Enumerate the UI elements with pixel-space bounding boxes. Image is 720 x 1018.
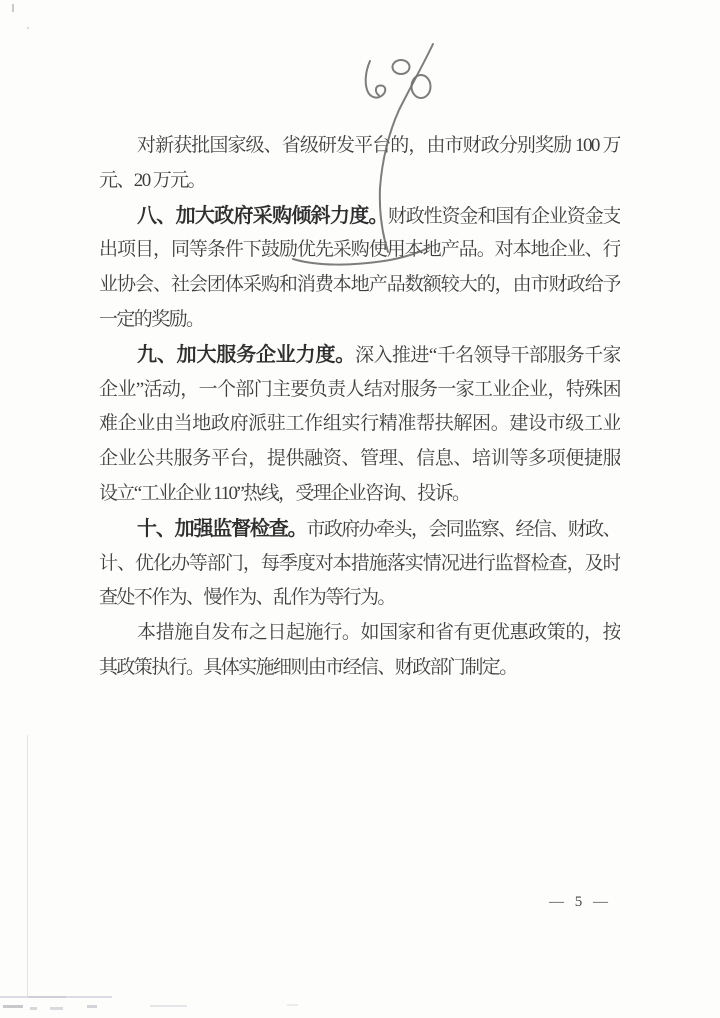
text-line: 对新获批国家级、省级研发平台的，由市财政分别奖励 100 万 (99, 129, 620, 164)
line-text: 难企业由当地政府派驻工作组实行精准帮扶解困。建设市级工业 (99, 413, 620, 434)
text-line: 难企业由当地政府派驻工作组实行精准帮扶解困。建设市级工业 (99, 407, 620, 442)
scan-speck (27, 27, 29, 29)
line-text: 计、优化办等部门，每季度对本措施落实情况进行监督检查，及时 (99, 553, 620, 574)
line-text: 深入推进“千名领导干部服务千家 (355, 345, 620, 366)
line-text: 其政策执行。具体实施细则由市经信、财政部门制定。 (99, 657, 517, 678)
text-line: 查处不作为、慢作为、乱作为等行为。 (99, 581, 620, 616)
line-text: 企业公共服务平台，提供融资、管理、信息、培训等多项便捷服务； (99, 448, 620, 477)
line-text: 设立“工业企业 110”热线，受理企业咨询、投诉。 (99, 483, 469, 504)
text-line: 九、加大服务企业力度。深入推进“千名领导干部服务千家 (99, 338, 620, 373)
document-body: 对新获批国家级、省级研发平台的，由市财政分别奖励 100 万 元、20 万元。 … (99, 129, 620, 686)
text-line: 企业公共服务平台，提供融资、管理、信息、培训等多项便捷服务； (99, 442, 620, 477)
scan-smudge (3, 1005, 23, 1008)
text-line: 企业”活动，一个部门主要负责人结对服务一家工业企业，特殊困 (99, 373, 620, 408)
page-number: — 5 — (549, 894, 639, 911)
text-line: 其政策执行。具体实施细则由市经信、财政部门制定。 (99, 651, 620, 686)
line-text: 业协会、社会团体采购和消费本地产品数额较大的，由市财政给予 (99, 274, 620, 295)
scan-smudge (30, 1007, 37, 1010)
handwritten-digit-6 (366, 61, 386, 98)
text-line: 一定的奖励。 (99, 303, 620, 338)
scan-edge-line-horizontal (28, 996, 66, 998)
scanned-document-page: 对新获批国家级、省级研发平台的，由市财政分别奖励 100 万 元、20 万元。 … (0, 0, 720, 1018)
text-line: 设立“工业企业 110”热线，受理企业咨询、投诉。 (99, 477, 620, 512)
scan-smudge (287, 1004, 298, 1006)
scan-speck (12, 4, 14, 12)
line-text: 一定的奖励。 (99, 309, 203, 330)
scan-smudge (50, 1007, 63, 1010)
section-heading: 八、加大政府采购倾斜力度。 (137, 205, 388, 227)
handwritten-percent-circle (412, 75, 431, 98)
line-text: 查处不作为、慢作为、乱作为等行为。 (99, 587, 395, 608)
handwritten-digit-0 (393, 60, 410, 74)
line-text: 出项目，同等条件下鼓励优先采购使用本地产品。对本地企业、行 (99, 239, 620, 260)
section-heading: 九、加大服务企业力度。 (137, 344, 355, 366)
text-line: 十、加强监督检查。市政府办牵头，会同监察、经信、财政、审 (99, 512, 620, 547)
scan-smudge (150, 1005, 187, 1007)
section-heading: 十、加强监督检查。 (137, 518, 306, 540)
text-line: 本措施自发布之日起施行。如国家和省有更优惠政策的，按 (99, 616, 620, 651)
text-line: 元、20 万元。 (99, 164, 620, 199)
text-line: 计、优化办等部门，每季度对本措施落实情况进行监督检查，及时 (99, 547, 620, 582)
line-text: 元、20 万元。 (99, 170, 205, 191)
scan-smudge (87, 1005, 97, 1008)
line-text: 本措施自发布之日起施行。如国家和省有更优惠政策的，按 (137, 622, 620, 643)
text-line: 八、加大政府采购倾斜力度。财政性资金和国有企业资金支 (99, 199, 620, 234)
text-line: 出项目，同等条件下鼓励优先采购使用本地产品。对本地企业、行 (99, 233, 620, 268)
line-text: 企业”活动，一个部门主要负责人结对服务一家工业企业，特殊困 (99, 379, 620, 400)
scan-edge-line-vertical (27, 735, 28, 997)
text-line: 业协会、社会团体采购和消费本地产品数额较大的，由市财政给予 (99, 268, 620, 303)
line-text: 财政性资金和国有企业资金支 (388, 206, 620, 227)
line-text: 对新获批国家级、省级研发平台的，由市财政分别奖励 100 万 (137, 135, 620, 156)
